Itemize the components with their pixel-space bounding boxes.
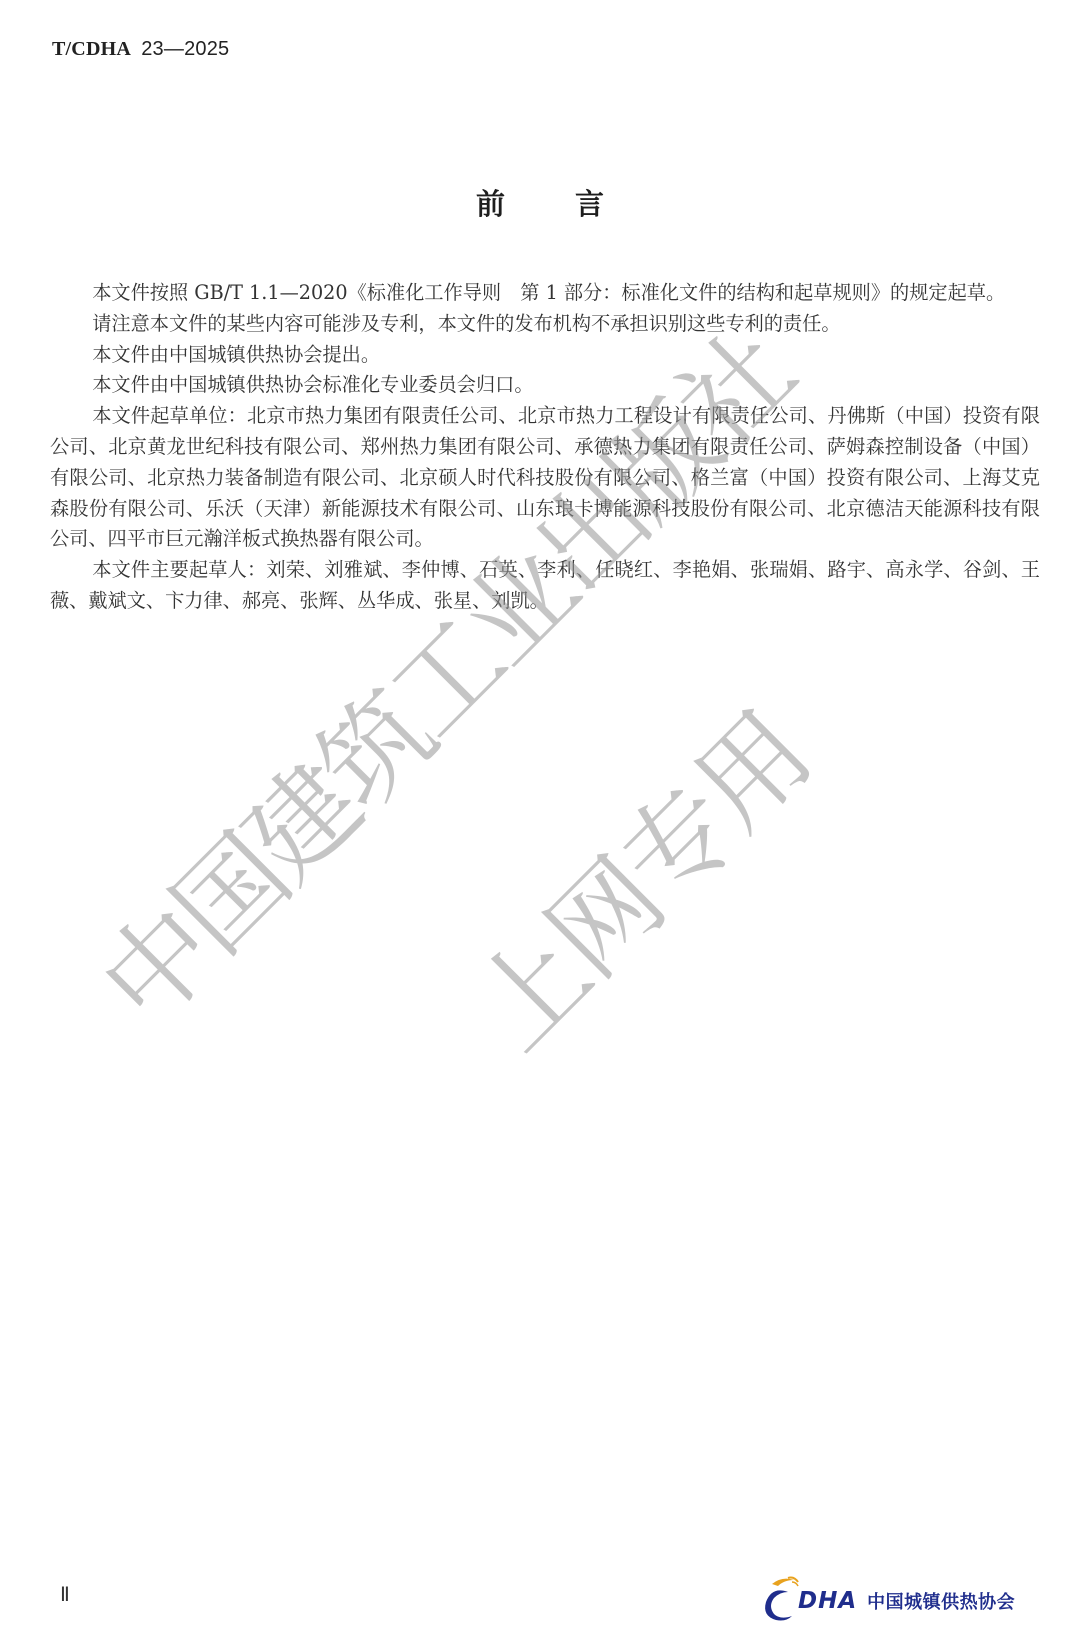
page-title: 前言	[0, 182, 1080, 223]
document-code: T/CDHA 23—2025	[52, 38, 229, 61]
foreword-body: 本文件按照 GB/T 1.1—2020《标准化工作导则 第 1 部分：标准化文件…	[50, 278, 1040, 617]
document-code-number: 23—2025	[141, 38, 229, 60]
cdha-logo-c-icon	[758, 1576, 802, 1626]
page-number: Ⅱ	[60, 1582, 70, 1607]
paragraph-drafting-rules: 本文件按照 GB/T 1.1—2020《标准化工作导则 第 1 部分：标准化文件…	[50, 278, 1040, 309]
paragraph-responsible-committee: 本文件由中国城镇供热协会标准化专业委员会归口。	[50, 370, 1040, 401]
paragraph-drafting-units: 本文件起草单位：北京市热力集团有限责任公司、北京市热力工程设计有限责任公司、丹佛…	[50, 401, 1040, 555]
paragraph-proposer: 本文件由中国城镇供热协会提出。	[50, 340, 1040, 371]
document-code-prefix: T/CDHA	[52, 38, 131, 60]
cdha-logo-abbr: DHA	[798, 1588, 857, 1614]
paragraph-patent-notice: 请注意本文件的某些内容可能涉及专利，本文件的发布机构不承担识别这些专利的责任。	[50, 309, 1040, 340]
cdha-logo-name: 中国城镇供热协会	[867, 1588, 1015, 1614]
cdha-logo: DHA 中国城镇供热协会	[758, 1576, 1015, 1626]
watermark-online-use: 上网专用	[433, 674, 837, 1078]
paragraph-drafters: 本文件主要起草人：刘荣、刘雅斌、李仲博、石英、李利、任晓红、李艳娟、张瑞娟、路宇…	[50, 555, 1040, 617]
